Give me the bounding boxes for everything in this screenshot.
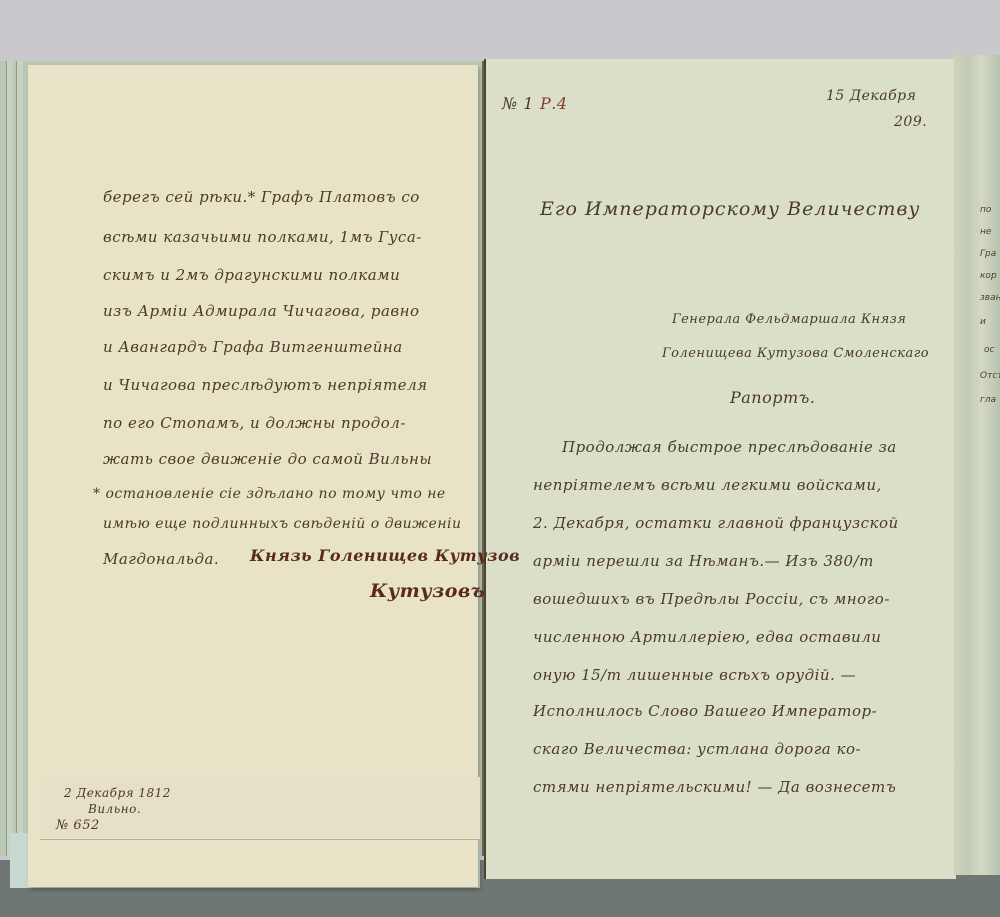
left-footnote-line: * остановленіе сіе здѣлано по тому что н… [93,486,446,502]
archive-date: 2 Декабря 1812 [64,786,171,800]
sender-line: Генерала Фельдмаршала Князя [672,312,906,327]
document-number: № 1 [502,94,534,113]
document-number-red: Р.4 [540,94,568,113]
signature: Кутузовъ [370,580,485,602]
margin-fragment: не [980,227,991,237]
addressee-title: Его Императорскому Величеству [540,198,920,220]
signature-title: Князь Голенищев Кутузов [250,546,520,565]
header-date: 15 Декабря [826,88,916,104]
body-line: скаго Величества: устлана дорога ко- [533,740,861,758]
body-line: Продолжая быстрое преслѣдованіе за [562,438,897,456]
report-heading: Рапортъ. [730,388,815,407]
right-page-edges: по не Гра кор зван и ос Отст гла [954,55,1000,875]
left-text-line: изъ Арміи Адмирала Чичагова, равно [103,302,420,320]
body-line: стями непріятельскими! — Да вознесетъ [533,778,896,796]
margin-fragment: кор [980,271,997,281]
body-line: численною Артиллеріею, едва оставили [533,628,881,646]
margin-fragment: ос [984,345,994,355]
margin-fragment: и [980,317,986,327]
margin-fragment: гла [980,395,996,405]
folio-number: 209. [894,114,927,130]
margin-fragment: по [980,205,991,215]
sender-line: Голенищева Кутузова Смоленскаго [662,346,929,361]
body-line: арміи перешли за Нѣманъ.— Изъ 380/т [533,552,874,570]
left-text-line: Магдональда. [103,550,219,568]
body-line: непріятелемъ всѣми легкими войсками, [533,476,882,494]
body-line: вошедшихъ въ Предѣлы Россіи, съ много- [533,590,890,608]
left-text-line: всѣми казачьими полками, 1мъ Гуса- [103,228,422,246]
left-text-line: и Авангардъ Графа Витгенштейна [103,338,403,356]
archive-place: Вильно. [88,802,141,816]
cover-strip [16,61,23,856]
body-line: 2. Декабря, остатки главной французской [533,514,899,532]
margin-fragment: Гра [980,249,996,259]
archive-number: № 652 [56,818,100,833]
cover-strip [6,61,13,856]
margin-fragment: зван [980,293,1000,303]
left-text-line: скимъ и 2мъ драгунскими полками [103,266,400,284]
left-footnote-line: имѣю еще подлинныхъ свѣденій о движеніи [103,516,462,532]
left-text-line: и Чичагова преслѣдуютъ непріятеля [103,376,428,394]
left-text-line: берегъ сей рѣки.* Графъ Платовъ со [103,188,420,206]
left-text-line: жать свое движеніе до самой Вильны [103,450,432,468]
margin-fragment: Отст [980,371,1000,381]
body-line: Исполнилось Слово Вашего Император- [533,702,877,720]
left-text-line: по его Стопамъ, и должны продол- [103,414,406,432]
body-line: оную 15/т лишенные всѣхъ орудій. — [533,666,856,684]
